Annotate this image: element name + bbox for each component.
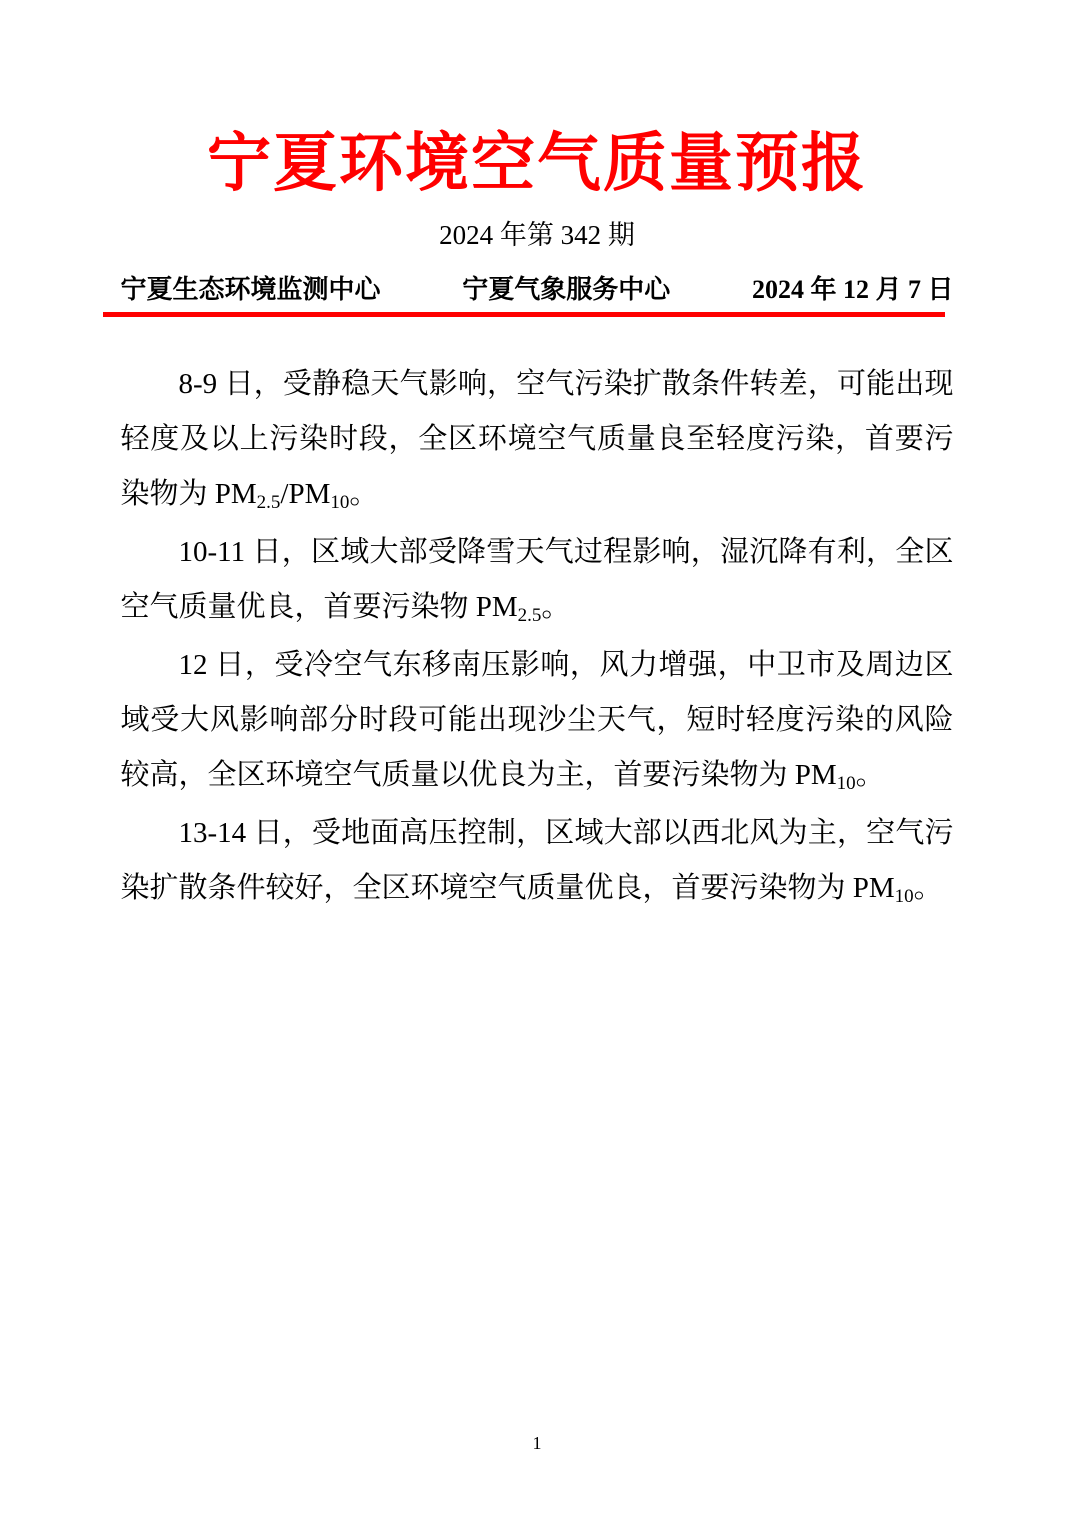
paragraph-text: 13-14 日，受地面高压控制，区域大部以西北风为主，空气污染扩散条件较好，全区… [121,817,954,904]
paragraph-text: 。 [541,591,570,623]
publisher-left: 宁夏生态环境监测中心 [121,275,381,305]
publisher-center: 宁夏气象服务中心 [462,275,670,305]
body-paragraph-3: 12 日，受冷空气东移南压影响，风力增强，中卫市及周边区域受大风影响部分时段可能… [121,638,954,803]
paragraph-text: 。 [856,759,885,791]
pollutant-subscript: 10 [330,492,349,513]
publisher-row: 宁夏生态环境监测中心 宁夏气象服务中心 2024 年 12 月 7 日 [121,275,954,305]
pollutant-subscript: 10 [837,773,856,794]
body-paragraph-1: 8-9 日，受静稳天气影响，空气污染扩散条件转差，可能出现轻度及以上污染时段，全… [121,357,954,522]
pollutant-subscript: 10 [895,886,914,907]
red-divider-line [103,312,945,317]
document-page: 宁夏环境空气质量预报 2024 年第 342 期 宁夏生态环境监测中心 宁夏气象… [0,0,1074,1520]
publish-date: 2024 年 12 月 7 日 [752,275,954,305]
issue-number: 2024 年第 342 期 [0,220,1074,250]
paragraph-text: 。 [349,478,378,510]
body-paragraph-2: 10-11 日，区域大部受降雪天气过程影响，湿沉降有利，全区空气质量优良，首要污… [121,525,954,635]
pollutant-subscript: 2.5 [518,605,542,626]
page-number: 1 [0,1432,1074,1454]
body-paragraph-4: 13-14 日，受地面高压控制，区域大部以西北风为主，空气污染扩散条件较好，全区… [121,806,954,916]
paragraph-text: 8-9 日，受静稳天气影响，空气污染扩散条件转差，可能出现轻度及以上污染时段，全… [121,368,954,510]
paragraph-text: /PM [280,478,330,510]
paragraph-text: 12 日，受冷空气东移南压影响，风力增强，中卫市及周边区域受大风影响部分时段可能… [121,649,954,791]
document-title: 宁夏环境空气质量预报 [0,126,1074,202]
document-body: 8-9 日，受静稳天气影响，空气污染扩散条件转差，可能出现轻度及以上污染时段，全… [121,357,954,916]
paragraph-text: 。 [914,872,943,904]
pollutant-subscript: 2.5 [257,492,281,513]
